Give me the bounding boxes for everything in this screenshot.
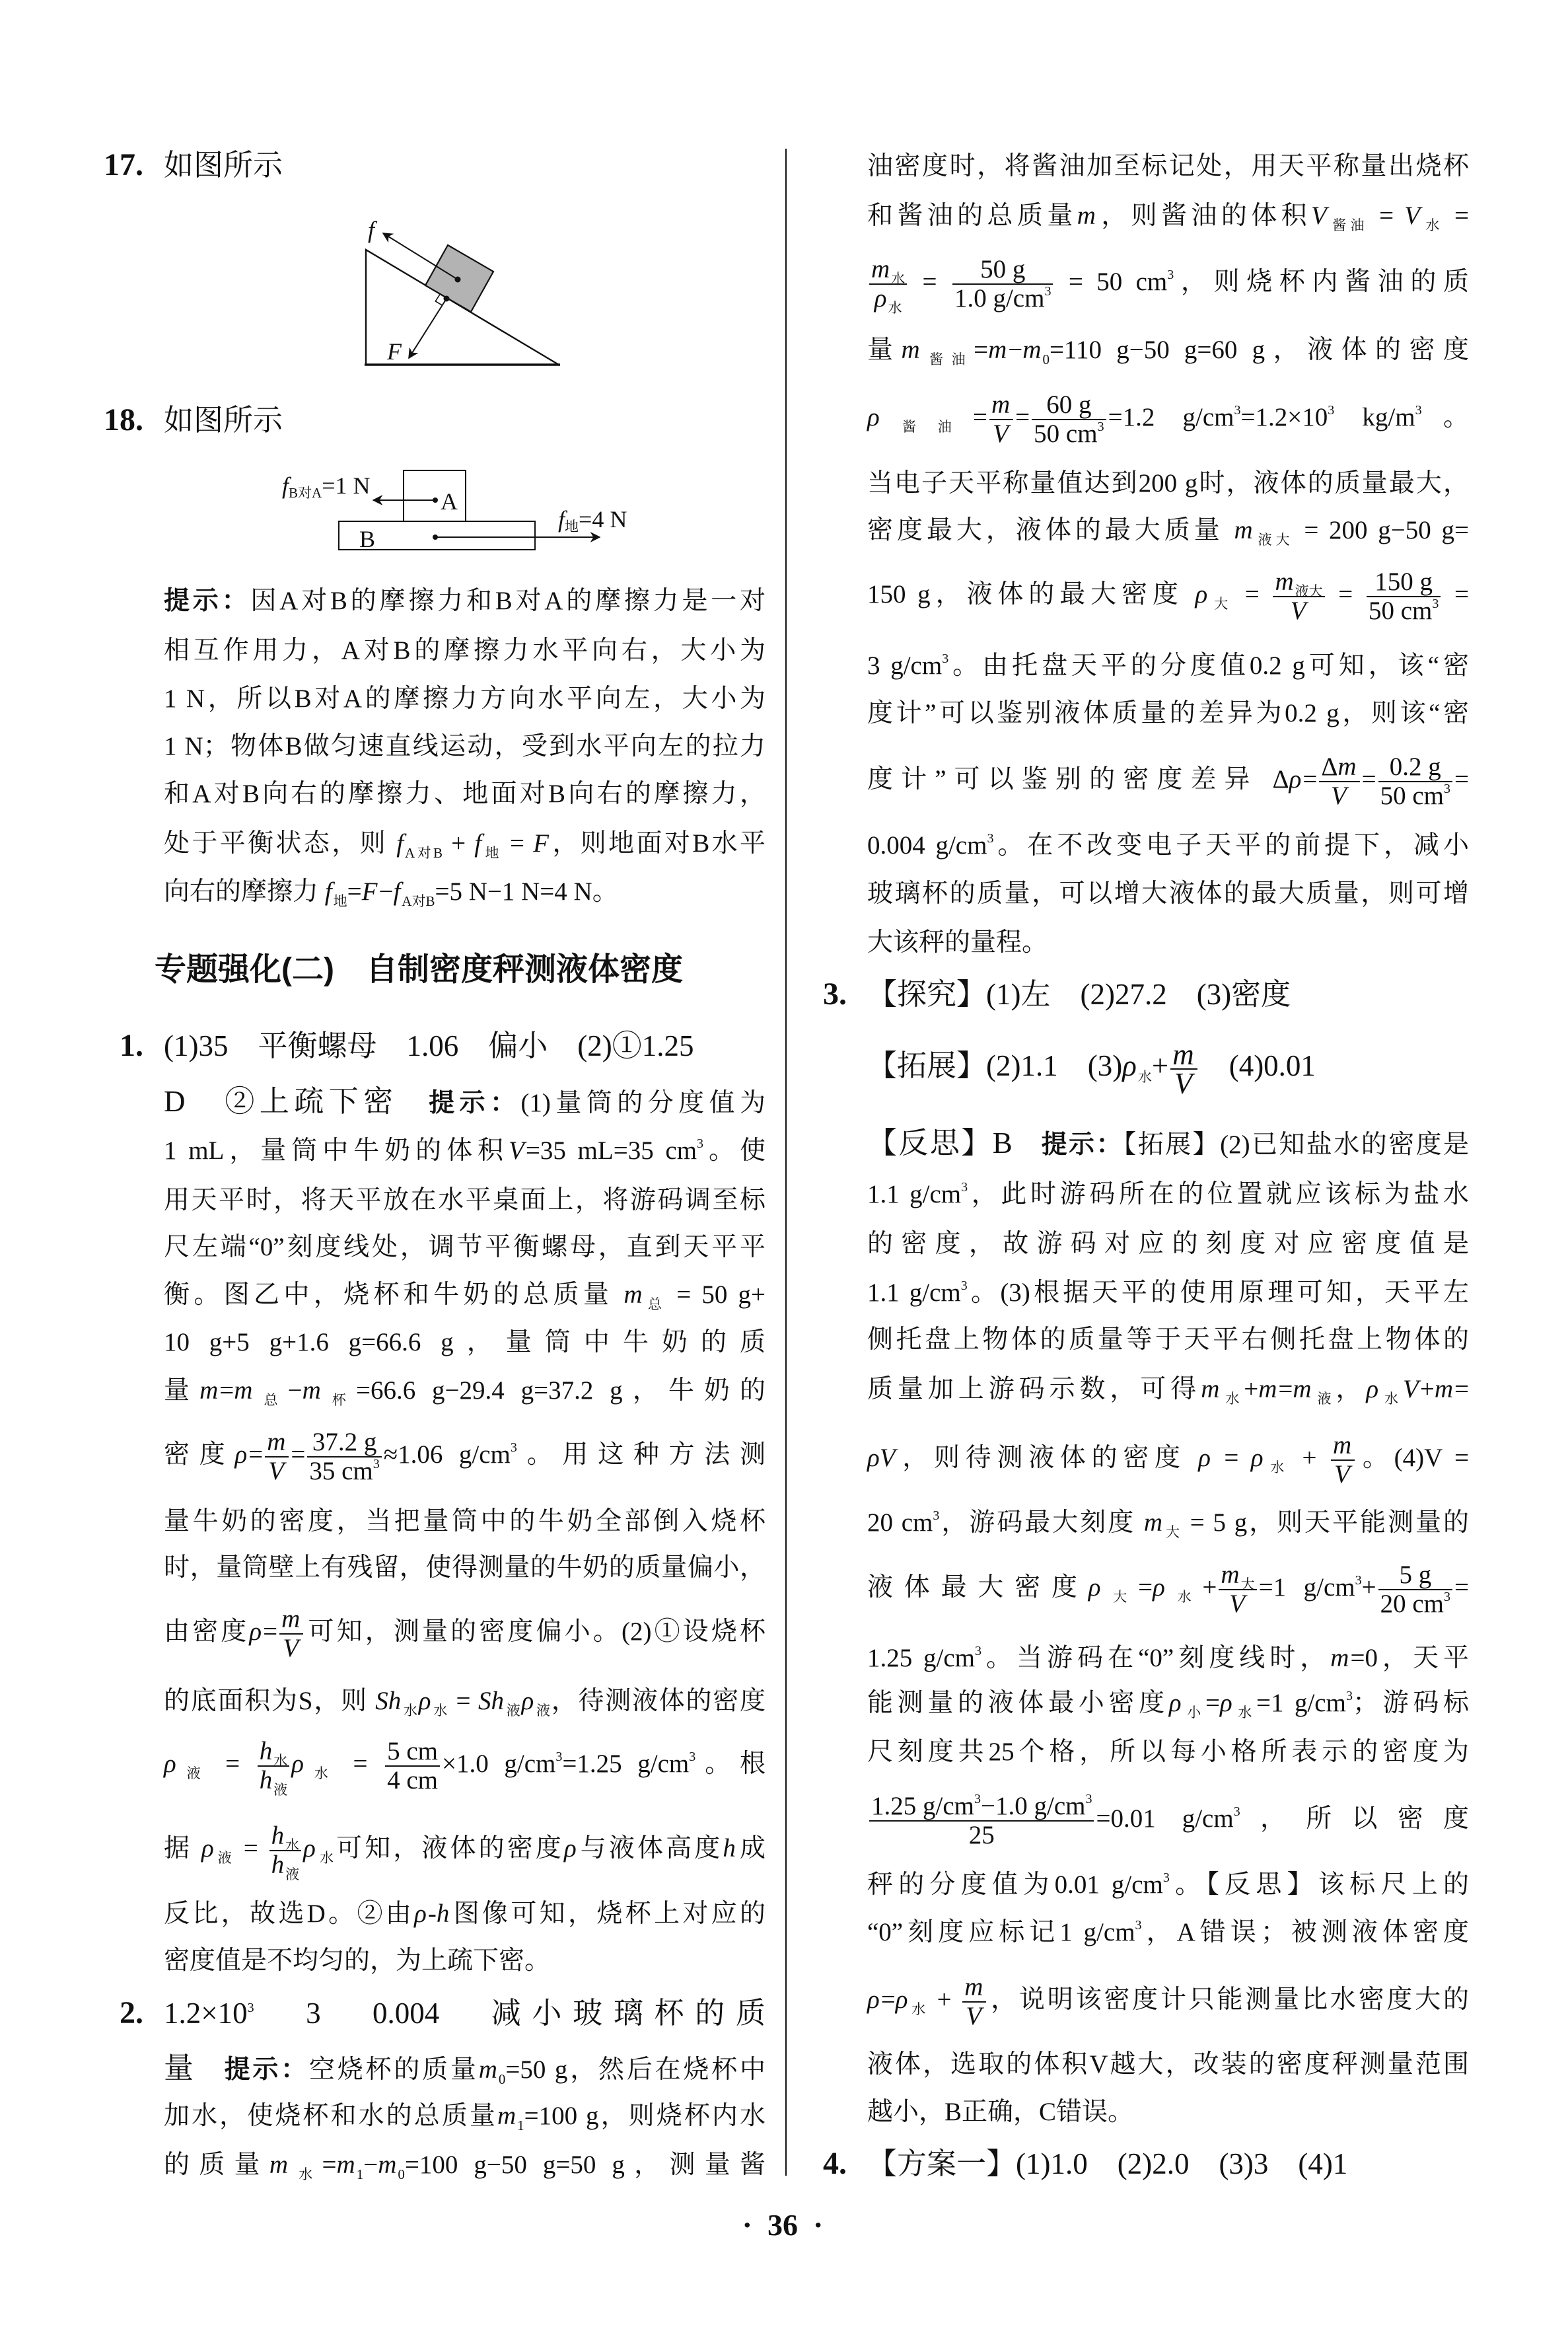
text-run: Δ [1321, 753, 1337, 781]
superscript: 3 [1444, 782, 1450, 796]
math-variable: V [1334, 1460, 1351, 1489]
math-variable: m [988, 336, 1008, 364]
text-line: m水ρ水 = 50 g1.0 g/cm3 = 50 cm3，则烧杯内酱油的质 [867, 256, 1469, 309]
text-run: ，则地面对B水平 [550, 829, 766, 858]
text-run: 0.004 g/cm [867, 831, 987, 860]
fraction-numerator: 60 g [1044, 391, 1093, 419]
text-line: 反比，故选D。②由ρ-h图像可知，烧杯上对应的 [164, 1888, 766, 1940]
text-run: − [378, 877, 393, 906]
text-run: (1)35 平衡螺母 1.06 偏小 (2)①1.25 [164, 1029, 694, 1062]
text-run: 。根 [695, 1750, 766, 1778]
fraction-denominator: V [1329, 782, 1350, 810]
text-run: 的底面积为S，则 [164, 1687, 375, 1715]
text-run: = [1015, 403, 1030, 431]
math-variable: ρ [164, 1750, 178, 1778]
subscript: 酱油 [1328, 217, 1369, 233]
item-number: 3. [789, 968, 847, 1021]
text-run: = [1138, 1573, 1153, 1602]
item-number: 2. [86, 1987, 143, 2040]
answer-line: 如图所示 [164, 394, 766, 447]
fraction-denominator: h液 [258, 1767, 290, 1794]
superscript: 3 [1346, 1689, 1353, 1703]
text-run: ≈1.06 g/cm [384, 1440, 511, 1469]
text-run: ×1.0 g/cm [442, 1750, 555, 1778]
text-run: =100 g−50 g=50 g，测量酱 [405, 2151, 766, 2179]
text-line: 玻璃杯的质量，可以增大液体的最大质量，则可增 [867, 867, 1469, 920]
fraction: mV [1331, 1432, 1355, 1489]
math-variable: ρ [522, 1687, 536, 1715]
text-run: =1 g/cm [1259, 1573, 1355, 1602]
subscript: 液 [273, 1782, 287, 1798]
text-run: = [974, 336, 988, 364]
text-run: ，所以密度 [1240, 1804, 1469, 1833]
subscript: 大 [1209, 596, 1233, 612]
ground-friction-label: f地=4 N [558, 506, 627, 535]
text-run: 25 [969, 1821, 995, 1849]
text-run: =110 g−50 g=60 g，液体的密度 [1050, 336, 1469, 364]
text-line: 衡。图乙中，烧杯和牛奶的总质量 m总 = 50 g+ [164, 1269, 766, 1321]
fraction-denominator: 25 [967, 1822, 997, 1849]
answer-text: 量 [164, 2051, 196, 2085]
math-variable: ρ [249, 1617, 263, 1646]
subscript: 水 [432, 1703, 448, 1718]
superscript: 3 [1085, 1792, 1092, 1806]
superscript: 3 [248, 2001, 254, 2015]
subscript: 水 [1380, 1391, 1403, 1407]
hint-line: 相互作用力，A对B的摩擦力水平向右，大小为 [164, 624, 766, 677]
text-line: 【反思】B 提示：【拓展】(2)已知盐水的密度是 [867, 1117, 1469, 1169]
subscript: 水 [1166, 1589, 1203, 1605]
text-run: 150 g，液体的最大密度 [867, 580, 1195, 609]
answer-text: 如图所示 [164, 404, 283, 437]
subscript: 小 [1183, 1705, 1205, 1720]
fraction-denominator: ρ水 [873, 285, 904, 313]
subscript: A对B [405, 845, 443, 861]
text-run: 和酱油的总质量 [867, 202, 1077, 230]
math-variable: m [1234, 516, 1254, 544]
fraction-numerator: 50 g [978, 256, 1027, 283]
text-run: ；游码标 [1353, 1689, 1469, 1717]
math-variable: V [1311, 202, 1328, 230]
superscript: 3 [974, 1792, 981, 1806]
text-run: + [1152, 1049, 1168, 1082]
math-variable: ρ [234, 1440, 248, 1469]
text-run: + [1202, 1573, 1217, 1602]
text-run: 20 cm [867, 1508, 933, 1537]
text-run: = [1444, 202, 1469, 230]
text-run: − [288, 1376, 303, 1405]
text-run: 。(3)根据天平的使用原理可知，天平左 [968, 1278, 1469, 1307]
text-line: 越小，B正确，C错误。 [867, 2086, 1469, 2139]
subscript: 水 [888, 300, 902, 316]
fraction-denominator: V [266, 1458, 287, 1485]
text-run: 20 cm [1380, 1590, 1444, 1618]
superscript: 3 [942, 651, 948, 666]
subscript: 地 [483, 845, 501, 861]
item-number: 4. [789, 2137, 847, 2190]
subscript: 地 [334, 893, 347, 909]
text-run: ，待测液体的密度 [552, 1687, 766, 1715]
text-run: 【拓展】(2)已知盐水的密度是 [1123, 1130, 1469, 1159]
text-line: 侧托盘上物体的质量等于天平右侧托盘上物体的 [867, 1313, 1469, 1366]
fraction-numerator: 5 g [1397, 1561, 1433, 1589]
text-run: 度计”可以鉴别的密度差异 Δ [867, 765, 1289, 793]
fraction-numerator: m液大 [1273, 568, 1324, 596]
math-variable: m [1022, 336, 1042, 364]
text-run: + [443, 829, 474, 858]
math-variable: m [1258, 1375, 1278, 1403]
subscript: 水 [317, 1850, 336, 1866]
math-variable: h [437, 1900, 451, 1928]
text-run: 相互作用力，A对B的摩擦力水平向右，大小为 [164, 636, 766, 665]
text-line: 10 g+5 g+1.6 g=66.6 g，量筒中牛奶的质 [164, 1316, 766, 1369]
math-variable: m [479, 2055, 499, 2084]
superscript: 3 [555, 1750, 562, 1764]
math-variable: F [533, 829, 550, 858]
subscript: 0 [398, 2166, 405, 2182]
math-variable: ρ [1195, 580, 1209, 609]
text-run: 37.2 g [312, 1428, 377, 1456]
text-run: = 50 g+ [666, 1280, 766, 1309]
superscript: 3 [511, 1440, 517, 1455]
text-run: −1.0 g/cm [981, 1792, 1085, 1820]
text-run: 0.2 g [1390, 753, 1441, 781]
text-run: = 5 g，则天平能测量的 [1182, 1508, 1469, 1537]
text-run: 4 cm [387, 1766, 438, 1794]
text-run: 玻璃杯的质量，可以增大液体的最大质量，则可增 [867, 879, 1469, 908]
text-run: = [291, 1440, 305, 1469]
text-run: 因A对B的摩擦力和B对A的摩擦力是一对 [250, 587, 766, 615]
text-run: “0”刻度应标记1 g/cm [867, 1918, 1135, 1946]
fraction-numerator: m [1170, 1041, 1197, 1068]
fraction-numerator: m水 [869, 256, 907, 283]
fraction: mV [279, 1605, 303, 1662]
text-run: − [363, 2151, 378, 2179]
math-variable: ρ [1153, 1573, 1166, 1602]
text-run: = [448, 1687, 478, 1715]
text-run: 1.25 g/cm [871, 1792, 974, 1820]
math-variable: m [1172, 1038, 1195, 1071]
subscript: 0 [499, 2071, 506, 2087]
text-line: 1.25 g/cm3−1.0 g/cm325=0.01 g/cm3，所以密度 [867, 1792, 1469, 1845]
fraction: m水ρ水 [869, 256, 907, 313]
block-b-dot [433, 535, 438, 540]
text-run: 1.25 g/cm [867, 1644, 975, 1672]
fraction-numerator: Δm [1319, 753, 1359, 781]
text-run: 。【反思】该标尺上的 [1170, 1870, 1469, 1899]
hint-label: 提示： [1042, 1130, 1123, 1159]
text-run: 反比，故选D。②由 [164, 1900, 414, 1928]
hint-line: 提示：因A对B的摩擦力和B对A的摩擦力是一对 [164, 575, 766, 628]
hint-line: 处于平衡状态，则 fA对B + f地 = F，则地面对B水平 [164, 817, 766, 870]
subscript: A对B [402, 893, 435, 909]
text-run: − [1008, 336, 1022, 364]
fraction: mV [989, 391, 1013, 448]
text-run: + [1290, 1444, 1329, 1472]
text-run: 与液体高度 [578, 1834, 723, 1863]
text-run: = [1205, 1689, 1220, 1717]
answer-text: D ②上疏下密 [164, 1085, 398, 1118]
superscript: 3 [1432, 597, 1439, 611]
text-run: = [1443, 580, 1469, 609]
text-run: - [428, 1900, 437, 1928]
math-variable: h [260, 1766, 274, 1794]
fraction-denominator: V [1332, 1461, 1353, 1489]
text-line: 量m酱油=m−m0=110 g−50 g=60 g，液体的密度 [867, 324, 1469, 377]
math-variable: m [964, 1973, 984, 2001]
text-run: ，此时游码所在的位置就应该标为盐水 [968, 1180, 1469, 1208]
text-line: 的质量m水=m1−m0=100 g−50 g=50 g，测量酱 [164, 2139, 766, 2192]
text-line: 度计”可以鉴别液体质量的差异为0.2 g，则该“密 [867, 687, 1469, 740]
math-variable: m [269, 2151, 289, 2179]
text-run: 可知，测量的密度偏小。(2)①设烧杯 [305, 1617, 766, 1646]
item-number: 18. [86, 394, 143, 447]
stacked-blocks-force-diagram: A B fB对A=1 N f地=4 N [271, 456, 667, 562]
fraction: 37.2 g35 cm3 [307, 1428, 381, 1485]
hint-line: 1 N；物体B做匀速直线运动，受到水平向左的拉力 [164, 720, 766, 773]
text-run: =35 mL=35 cm [526, 1136, 697, 1165]
text-run: =5 N−1 N=4 N。 [435, 877, 618, 906]
superscript: 3 [933, 1508, 939, 1523]
math-variable: m [624, 1280, 643, 1309]
subscript: 液 [285, 1866, 299, 1882]
text-run: ，游码最大刻度 [939, 1508, 1144, 1537]
fraction-denominator: V [1227, 1590, 1248, 1618]
text-run: 1.0 g/cm [954, 284, 1044, 313]
text-line: ρ=ρ水 + mV，说明该密度计只能测量比水密度大的 [867, 1974, 1469, 2026]
text-run: 50 cm [1369, 597, 1432, 625]
text-run: + [1362, 1573, 1376, 1602]
math-variable: m [1275, 568, 1295, 596]
text-run: 尺刻度共25个格，所以每小格所表示的密度为 [867, 1738, 1469, 1766]
math-variable: ρ [874, 284, 888, 313]
math-variable: m [1221, 1561, 1240, 1589]
answer-key-page: 17. 如图所示 f F 18. 如图所示 A B [0, 0, 1568, 2325]
text-run: 。(4)V = [1357, 1444, 1469, 1472]
fraction-numerator: 37.2 g [310, 1428, 379, 1456]
math-variable: V [966, 2002, 983, 2030]
text-line: 秤的分度值为0.01 g/cm3。【反思】该标尺上的 [867, 1859, 1469, 1911]
math-variable: ρ [1251, 1444, 1265, 1472]
text-run: 。用这种方法测 [517, 1440, 766, 1469]
answer-line: 【方案一】(1)1.0 (2)2.0 (3)3 (4)1 [867, 2137, 1469, 2190]
math-variable: m [267, 1428, 287, 1456]
fraction-denominator: V [1172, 1070, 1196, 1097]
text-run: 处于平衡状态，则 [164, 829, 396, 858]
math-variable: m [199, 1376, 219, 1405]
text-run: 10 g+5 g+1.6 g=66.6 g，量筒中牛奶的质 [164, 1328, 766, 1356]
subscript: 水 [909, 2001, 928, 2017]
subscript: 液 [1313, 1391, 1336, 1407]
subscript: 水 [305, 1765, 338, 1781]
math-variable: V [1291, 597, 1308, 625]
subscript: 液 [535, 1703, 552, 1718]
text-run: 秤的分度值为0.01 g/cm [867, 1870, 1163, 1899]
fraction-denominator: 50 cm3 [1378, 782, 1452, 810]
block-b-label: B [359, 526, 375, 552]
text-run: 量牛奶的密度，当把量筒中的牛奶全部倒入烧杯 [164, 1507, 766, 1535]
math-variable: ρ [414, 1900, 428, 1928]
text-run: 50 g [980, 255, 1025, 283]
subscript: 水 [402, 1703, 419, 1718]
superscript: 3 [1167, 268, 1174, 282]
subscript: 液 [505, 1703, 522, 1718]
text-run: 。在不改变电子天平的前提下，减小 [993, 831, 1469, 860]
fraction-denominator: 50 cm3 [1032, 420, 1106, 448]
text-run: 50 cm [1380, 782, 1444, 810]
text-run: 衡。图乙中，烧杯和牛奶的总质量 [164, 1280, 624, 1309]
math-variable: ρ [303, 1834, 317, 1863]
superscript: 3 [697, 1136, 703, 1151]
superscript: 3 [1044, 284, 1051, 299]
friction-label: f [368, 217, 378, 243]
text-line: 尺左端“0”刻度线处，调节平衡螺母，直到天平平 [164, 1221, 766, 1274]
text-line: 度计”可以鉴别的密度差异 Δρ=ΔmV=0.2 g50 cm3= [867, 753, 1469, 806]
math-variable: h [271, 1822, 286, 1850]
text-run: = 50 cm [1055, 268, 1167, 296]
superscript: 3 [1163, 1870, 1170, 1885]
answer-line: 【拓展】(2)1.1 (3)ρ水+mV (4)0.01 [867, 1039, 1469, 1092]
text-run: 密度值是不均匀的，为上疏下密。 [164, 1946, 550, 1975]
math-variable: ρ [1169, 1689, 1183, 1717]
text-run: =100 g，则烧杯内水 [524, 2102, 766, 2130]
subscript: 液 [178, 1765, 210, 1781]
math-variable: F [362, 877, 379, 906]
subscript: 水 [1421, 217, 1444, 233]
text-run: 。当游码在“0”刻度线时， [981, 1644, 1330, 1672]
friction-b-on-a-label: fB对A=1 N [282, 472, 371, 501]
text-line: 液体最大密度ρ大=ρ水+m大V=1 g/cm3+5 g20 cm3= [867, 1561, 1469, 1614]
math-variable: m [281, 1605, 301, 1633]
text-run: 3 0.004 减小玻璃杯的质 [254, 1997, 766, 2030]
fraction-numerator: m [1331, 1432, 1355, 1459]
contact-point-dot [444, 296, 450, 302]
text-run: + [1420, 1375, 1435, 1403]
text-run: 油密度时，将酱油加至标记处，用天平称量出烧杯 [867, 152, 1469, 180]
text-line: 3 g/cm3。由托盘天平的分度值0.2 g可知，该“密 [867, 640, 1469, 692]
math-variable: m [497, 2102, 517, 2130]
superscript: 3 [1328, 403, 1334, 418]
fraction: mV [265, 1428, 289, 1485]
text-run: (1)量筒的分度值为 [520, 1089, 766, 1117]
text-run: 成 [737, 1834, 766, 1863]
text-run: = [1369, 202, 1404, 230]
math-variable: ρ [291, 1750, 305, 1778]
text-line: 量 提示：空烧杯的质量m0=50 g，然后在烧杯中 [164, 2042, 766, 2094]
text-run: ，A错误；被测液体密度 [1142, 1918, 1469, 1946]
text-run: = [1454, 765, 1469, 793]
text-line: 20 cm3，游码最大刻度 m大 = 5 g，则天平能测量的 [867, 1496, 1469, 1549]
text-run: 【探究】(1)左 (2)27.2 (3)密度 [867, 978, 1291, 1011]
fraction-numerator: 5 cm [385, 1738, 440, 1765]
math-variable: m [234, 1376, 254, 1405]
answer-text: 如图所示 [164, 149, 283, 182]
superscript: 3 [1098, 420, 1104, 434]
fraction-numerator: h水 [258, 1738, 290, 1765]
text-run: 【方案一】(1)1.0 (2)2.0 (3)3 (4)1 [867, 2147, 1347, 2180]
math-variable: ρ [867, 1985, 881, 2014]
math-variable: m [1201, 1375, 1221, 1403]
math-variable: m [337, 2151, 357, 2179]
fraction-denominator: 20 cm3 [1378, 1590, 1452, 1618]
text-line: 油密度时，将酱油加至标记处，用天平称量出烧杯 [867, 140, 1469, 193]
fraction: 150 g50 cm3 [1367, 568, 1441, 625]
fraction: ΔmV [1319, 753, 1359, 810]
hint-line: 和A对B向右的摩擦力、地面对B向右的摩擦力， [164, 768, 766, 821]
superscript: 3 [1444, 1590, 1450, 1604]
math-variable: m [991, 390, 1011, 419]
text-run: ， [1336, 1375, 1366, 1403]
math-variable: m [1144, 1508, 1164, 1537]
text-run: 液体，选取的体积V越大，改装的密度秤测量范围 [867, 2050, 1469, 2079]
text-run: =1.25 g/cm [562, 1750, 689, 1778]
subscript: 水 [289, 2166, 322, 2182]
text-run: 1 N，所以B对A的摩擦力方向水平向左，大小为 [164, 684, 766, 713]
math-variable: ρ [896, 1985, 909, 2014]
pressure-force-arrow [409, 299, 446, 358]
text-run: 度计”可以鉴别液体质量的差异为0.2 g，则该“密 [867, 699, 1469, 727]
math-variable: ρ [201, 1834, 215, 1863]
text-line: 据 ρ液 = h水h液ρ水可知，液体的密度ρ与液体高度h成 [164, 1822, 766, 1875]
text-run: =1.2×10 [1240, 403, 1328, 431]
text-run: 质量加上游码示数，可得 [867, 1375, 1201, 1403]
text-run: 可知，液体的密度 [336, 1834, 564, 1863]
fraction-denominator: V [281, 1635, 302, 1662]
fraction-numerator: 0.2 g [1388, 753, 1443, 781]
text-run: 液体最大密度 [867, 1573, 1088, 1602]
text-line: 密度值是不均匀的，为上疏下密。 [164, 1935, 766, 1987]
fraction-denominator: 50 cm3 [1367, 597, 1441, 625]
fraction-denominator: 1.0 g/cm3 [952, 285, 1053, 313]
math-variable: f [325, 877, 334, 906]
hint-line: 1 N，所以B对A的摩擦力方向水平向左，大小为 [164, 673, 766, 725]
math-variable: ρV [867, 1444, 897, 1472]
subscript: 大 [1164, 1524, 1182, 1540]
text-line: 150 g，液体的最大密度 ρ大 = m液大V = 150 g50 cm3 = [867, 568, 1469, 621]
text-run: 加水，使烧杯和水的总质量 [164, 2102, 497, 2130]
text-run: 尺左端“0”刻度线处，调节平衡螺母，直到天平平 [164, 1233, 766, 1261]
fraction-numerator: h水 [269, 1822, 302, 1850]
text-run: 密度 [164, 1440, 234, 1469]
subscript: 大 [1102, 1589, 1138, 1605]
text-run: 50 cm [1034, 420, 1097, 448]
subscript: 总 [644, 1296, 666, 1312]
text-run: 的密度，故游码对应的刻度对应密度值是 [867, 1230, 1469, 1258]
math-variable: m [1293, 1375, 1312, 1403]
center-of-mass-dot [455, 277, 461, 283]
right-angle-mark [435, 295, 442, 305]
math-variable: ρ [1122, 1049, 1138, 1082]
text-run: 35 cm [309, 1457, 373, 1485]
text-run: 【拓展】(2)1.1 (3) [867, 1049, 1122, 1082]
answer-line: 【探究】(1)左 (2)27.2 (3)密度 [867, 968, 1469, 1021]
text-run: = [248, 1440, 263, 1469]
math-variable: m [1077, 202, 1097, 230]
text-run: 由密度 [164, 1617, 249, 1646]
subscript: 总 [254, 1392, 287, 1408]
column-divider [785, 149, 787, 2176]
text-line: 1 mL，量筒中牛奶的体积V=35 mL=35 cm3。使 [164, 1125, 766, 1177]
text-run: 3 g/cm [867, 651, 942, 680]
superscript: 3 [1234, 403, 1240, 418]
text-run: = [347, 877, 362, 906]
text-run: ，则酱油的体积 [1097, 202, 1311, 230]
fraction-numerator: 150 g [1372, 568, 1435, 596]
superscript: 3 [975, 1644, 981, 1658]
math-variable: m [1333, 1431, 1353, 1459]
fraction-denominator: h液 [269, 1851, 302, 1879]
text-line: ρ酱油=mV=60 g50 cm3=1.2 g/cm3=1.2×103 kg/m… [867, 391, 1469, 444]
